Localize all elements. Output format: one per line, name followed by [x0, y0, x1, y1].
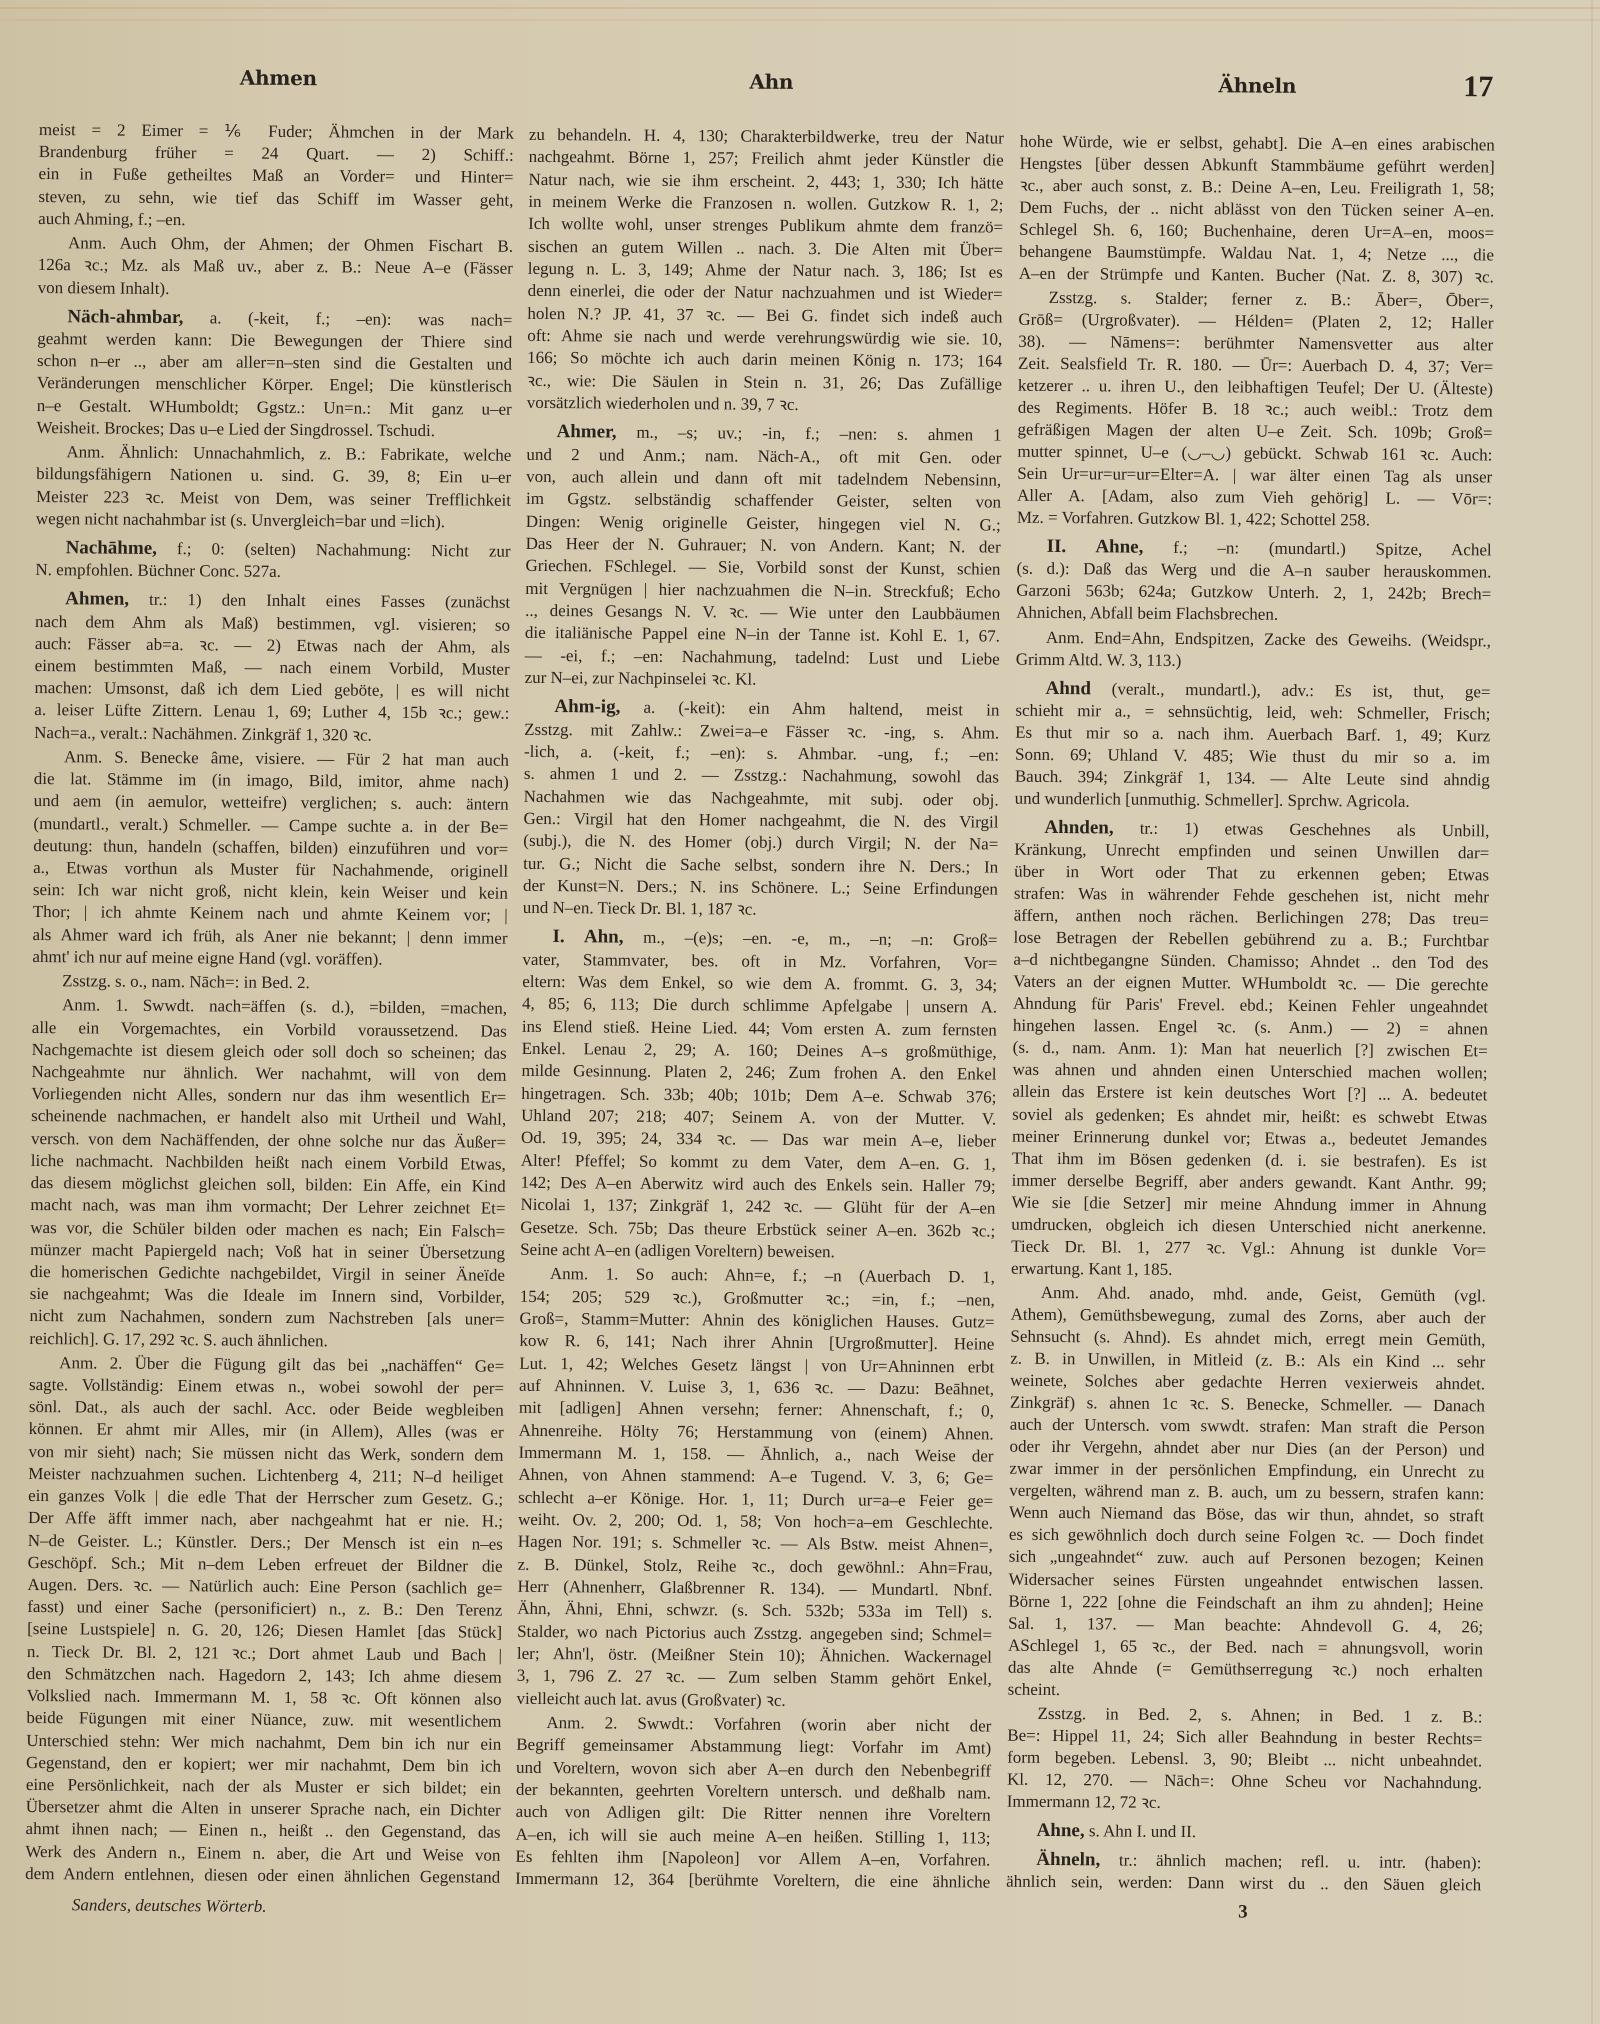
line-text: vater, Stammvater, bes. oft in Mz. Vorfa…	[522, 950, 997, 973]
line-text: erwartung. Kant 1, 185.	[1011, 1259, 1173, 1279]
text-line: Mz. = Vorfahren. Gutzkow Bl. 1, 422; Sch…	[1017, 507, 1492, 533]
text-line: und aem (in aemulor, wetteifre) verglich…	[34, 790, 509, 816]
line-text: Seine acht A–en (adligen Voreltern) bewe…	[520, 1240, 835, 1261]
line-text: Anm. 1. So auch: Ahn=e, f.; –n (Auerbach…	[550, 1264, 995, 1286]
line-text: Nachahmen wie das Nachgeahmte, mit subj.…	[524, 786, 999, 809]
line-text: ꝛc., wie: Die Säulen in Stein n. 31, 26;…	[527, 370, 1002, 393]
running-header: Ahmen Ahn Ähneln 17	[8, 0, 1600, 6]
line-text: und wunderlich [unmuthig. Schmeller]. Sp…	[1015, 789, 1410, 811]
text-line: meiner Erinnerung dunkel vor; Etwas a., …	[1012, 1125, 1487, 1151]
line-text: macht nach, was man ihm vormacht; Der Le…	[30, 1195, 505, 1218]
line-text: Immermann M. 1, 158. — Āhnlich, a., nach…	[518, 1443, 993, 1466]
text-line: ähnlich sein, werden: Dann wirst du .. d…	[1006, 1871, 1481, 1897]
text-line: 166; So möchte ich auch darin meinen Kön…	[527, 347, 1002, 373]
text-line: soviel als gedenken; Es ahndet mir, heiß…	[1012, 1103, 1487, 1129]
line-text: N–de Geister. L.; Künstler. Ders.; Der M…	[28, 1531, 503, 1554]
line-text: kow R. 6, 141; Nach ihrer Ahnin [Urgroßm…	[519, 1331, 994, 1354]
line-text: Zeit. Sealsfield Tr. R. 180. — Ūr=: Auer…	[1018, 354, 1493, 377]
line-text: a. (-keit): ein Ahm haltend, meist in	[620, 698, 999, 720]
line-text: Bauch. 394; Zinkgräf 1, 134. — Alte Leut…	[1015, 766, 1490, 789]
line-text: was vor, die Schüler bilden oder machen …	[30, 1217, 505, 1240]
line-text: Tieck Dr. Bl. 1, 277 ꝛc. Vgl.: Ahnung is…	[1011, 1236, 1486, 1259]
line-text: ketzerer .. u. ihren U., den leibhaftige…	[1018, 376, 1493, 399]
line-text: n. Tieck Dr. Bl. 2, 121 ꝛc.; Dort ahmet …	[27, 1642, 502, 1665]
line-text: Gesetze. Sch. 75b; Das theure Erbstück s…	[520, 1218, 995, 1241]
line-text: nachgeahmt. Börne 1, 257; Freilich ahmt …	[529, 147, 1004, 170]
line-text: äffern, anthen noch rächen. Berlichingen…	[1014, 906, 1489, 929]
entry-line: Ahne, s. Ahn I. und II.	[1006, 1820, 1481, 1846]
text-line: vielleicht auch lat. avus (Großvater) ꝛc…	[517, 1687, 992, 1713]
line-text: tr.: 1) etwas Geschehnes als Unbill,	[1114, 818, 1490, 840]
line-text: Lut. 1, 42; Welches Gesetz längst | von …	[519, 1354, 994, 1377]
entry-line: Ahmer, m., –s; uv.; -in, f.; –nen: s. ah…	[526, 421, 1001, 447]
guide-word-left: Ahmen	[240, 65, 317, 92]
line-text: m., –(e)s; –en. -e, m., –n; –n: Groß=	[623, 928, 997, 950]
text-line: Widersacher seines Fürsten ungeahndet en…	[1008, 1568, 1483, 1594]
line-text: der bekannten, geehrten Voreltern unters…	[516, 1780, 991, 1803]
line-text: soviel als gedenken; Es ahndet mir, heiß…	[1012, 1104, 1487, 1127]
line-text: Uhland 207; 218; 407; Seinem A. von der …	[521, 1106, 996, 1129]
line-text: dem Andern entlehnen, diesen oder einen …	[25, 1864, 500, 1887]
line-text: Veränderungen menschlicher Körper. Engel…	[37, 373, 512, 396]
line-text: 154; 205; 529 ꝛc.), Großmutter ꝛc.; =in,…	[520, 1287, 995, 1310]
line-text: Ich wollte wohl, unser strenges Publikum…	[528, 214, 1003, 237]
line-text: sie nachgeahmt; Was die Ideale im Innern…	[30, 1284, 505, 1307]
line-text: im Ggstz. selbständig schaffender Geiste…	[526, 489, 1001, 512]
line-text: Anm. Auch Ohm, der Ahmen; der Ohmen Fisc…	[68, 233, 513, 255]
line-text: Meister 223 ꝛc. Meist von Dem, was seine…	[36, 486, 511, 509]
text-line: reichlich]. G. 17, 292 ꝛc. S. auch ähnli…	[29, 1328, 504, 1354]
guide-word-right: Ähneln	[1218, 72, 1296, 99]
line-text: allein das Erstere ist kein deutsches Wo…	[1012, 1082, 1487, 1105]
line-text: .., deines Gesangs N. V. ꝛc. — Wie unter…	[525, 601, 1000, 624]
entry-line: Ahmen, tr.: 1) den Inhalt eines Fasses (…	[35, 588, 510, 614]
line-text: mit [adligen] Ahnen versehn; ferner: Ahn…	[519, 1398, 994, 1421]
line-text: Kränkung, Unrecht empfinden und seinen U…	[1014, 840, 1489, 863]
text-line: Börne 1, 222 [ohne die Feindschaft an ih…	[1008, 1590, 1483, 1616]
line-text: steven, zu sehn, wie tief das Schiff im …	[38, 187, 513, 210]
line-text: ahmt ihnen nach; — Einen n., heißt .. de…	[25, 1819, 500, 1842]
line-text: Weisheit. Brockes; Das u–e Lied der Sing…	[36, 418, 435, 440]
headword: Nachāhme,	[66, 537, 157, 559]
line-text: Nachgemachte ist diesem gleich oder soll…	[32, 1040, 507, 1063]
text-line: und wunderlich [unmuthig. Schmeller]. Sp…	[1015, 788, 1490, 814]
line-text: Begriff gemeinsamer Abstammung liegt: Vo…	[516, 1735, 991, 1758]
line-text: Es fehlten ihm [Napoleon] vor Allem A–en…	[515, 1847, 990, 1870]
line-text: Alter! Pfeffel; So kommt zu dem Vater, d…	[521, 1151, 996, 1174]
line-text: Dem Fuchs, der .. nicht ablässt von den …	[1019, 197, 1494, 220]
line-text: (subj.), die N. des Homer (obj.) durch V…	[523, 831, 998, 854]
line-text: den Schmätzchen nach. Hagedorn 2, 143; I…	[27, 1664, 502, 1687]
headword: I. Ahn,	[552, 927, 623, 949]
line-text: — -ei, f.; –en: Nachahmung, tadelnd: Lus…	[525, 645, 1000, 668]
line-text: 4, 85; 6, 113; Die durch schlimme Apfelg…	[522, 994, 997, 1017]
line-text: auch Ahming, f.; –en.	[38, 209, 185, 229]
line-text: Garzoni 563b; 624a; Gutzkow Unterh. 2, 1…	[1016, 581, 1491, 604]
text-line: mit [adligen] Ahnen versehn; ferner: Ahn…	[519, 1397, 994, 1423]
text-line: wegen nicht nachahmbar ist (s. Unverglei…	[36, 508, 511, 534]
line-text: Gen.: Virgil hat den Homer nachgeahmt, d…	[523, 809, 998, 832]
text-line: die italiänische Pappel eine N–in der Ta…	[525, 622, 1000, 648]
line-text: sich „ungeahndet“ zuw. auch auf Personen…	[1009, 1547, 1484, 1570]
text-line: kow R. 6, 141; Nach ihrer Ahnin [Urgroßm…	[519, 1330, 994, 1356]
line-text: Wie sie [die Setzer] mir meine Ahndung i…	[1011, 1192, 1486, 1215]
text-line: 3, 1, 796 Z. 27 ꝛc. — Zum selben Stamm g…	[517, 1665, 992, 1691]
text-line: ahmt' ich nur auf meine eigne Hand (vgl.…	[32, 946, 507, 972]
line-text: auch von Adligen gilt: Die Ritter nennen…	[516, 1802, 991, 1825]
line-text: ähnlich sein, werden: Dann wirst du .. d…	[1006, 1872, 1481, 1895]
text-line: Begriff gemeinsamer Abstammung liegt: Vo…	[516, 1734, 991, 1760]
text-line: Ahnichen, Abfall beim Flachsbrechen.	[1016, 602, 1491, 628]
text-line: von diesem Inhalt).	[38, 277, 513, 303]
line-text: Sehnsucht (s. Ahnd). Es ahndet mich, err…	[1010, 1327, 1485, 1350]
line-text: Ahnen, von Ahnen stammend: A–e Tugend. V…	[518, 1465, 993, 1488]
line-text: sagte. Vollständig: Einem etwas n., wobe…	[29, 1375, 504, 1398]
line-text: umdrucken, obgleich ich diesen Unterschi…	[1011, 1214, 1486, 1237]
line-text: Stalder, wo nach Pictorius auch Zsstzg. …	[517, 1621, 992, 1644]
line-text: hohe Würde, wie er selbst, gehabt]. Die …	[1020, 131, 1495, 154]
line-text: sönl. Dat., als auch der sachl. Acc. ode…	[29, 1397, 504, 1420]
line-text: von, auch allein und dann oft mit tadeln…	[526, 467, 1001, 490]
line-text: Volkslied nach. Immermann M. 1, 58 ꝛc. O…	[27, 1686, 502, 1709]
text-line: vorsätzlich wiederholen und n. 39, 7 ꝛc.	[527, 392, 1002, 418]
line-text: s. ahmen 1 und 2. — Zsstzg.: Nachahmung,…	[524, 764, 999, 787]
line-text: schlecht a–er Könige. Hor. 1, 11; Durch …	[518, 1487, 993, 1510]
line-text: können. Er ahmt mir Alles, mir (in Allem…	[29, 1419, 504, 1442]
line-text: Sonn. 69; Uhland V. 485; Wie thust du mi…	[1015, 744, 1490, 767]
line-text: Wenn auch Niemand das Böse, das wir thun…	[1009, 1503, 1484, 1526]
line-text: ein in Fuße getheiltes Maß an Vorder= un…	[38, 164, 513, 187]
line-text: a., Etwas vorthun als Muster für Nachahm…	[33, 858, 508, 881]
line-text: von mir sieht) nach; Sie müssen nicht da…	[28, 1442, 503, 1465]
text-line: [seine Lustspiele] n. G. 20, 126; Diesen…	[27, 1618, 502, 1644]
line-text: Börne 1, 222 [ohne die Feindschaft an ih…	[1008, 1591, 1483, 1614]
line-text: 126a ꝛc.; Mz. als Maß uv., aber z. B.: N…	[38, 255, 513, 278]
line-text: m., –s; uv.; -in, f.; –nen: s. ahmen 1	[616, 423, 1001, 445]
page-footer: Sanders, deutsches Wörterb. 3	[8, 0, 1600, 6]
line-text: in meinem Werke die Franzosen n. wollen.…	[528, 192, 1003, 215]
line-text: geahmt werden kann: Die Bewegungen der T…	[37, 329, 512, 352]
line-text: Nicolai 1, 137; Zinkgräf 1, 242 ꝛc. — Gl…	[520, 1195, 995, 1218]
line-text: zwar immer in der persönlichen Empfindun…	[1009, 1459, 1484, 1482]
line-text: Unterschied stehn: Wer mich nachahmt, De…	[26, 1730, 501, 1753]
line-text: Übersetzer ahmt die Alten in unserer Spr…	[26, 1797, 501, 1820]
line-text: strafen: Was in währender Fehde geschehe…	[1014, 884, 1489, 907]
text-line: Dem Fuchs, der .. nicht ablässt von den …	[1019, 196, 1494, 222]
line-text: gefräßigen Magen der alten U–e Zeit. Sch…	[1018, 420, 1493, 443]
line-text: f.; –n: (mundartl.) Spitze, Achel	[1143, 538, 1491, 560]
line-text: (s. d., nam. Anm. 1): Man hat neuerlich …	[1013, 1038, 1488, 1061]
line-text: Sein Ur=ur=ur=ur=Elter=A. | war älter ei…	[1017, 464, 1492, 487]
line-text: tr.: ähnlich machen; refl. u. intr. (hab…	[1100, 1850, 1481, 1872]
line-text: behangene Baumstümpfe. Waldau Nat. 1, 4;…	[1019, 241, 1494, 264]
text-line: (subj.), die N. des Homer (obj.) durch V…	[523, 830, 998, 856]
text-line: 126a ꝛc.; Mz. als Maß uv., aber z. B.: N…	[38, 254, 513, 280]
text-line: ein in Fuße getheiltes Maß an Vorder= un…	[38, 163, 513, 189]
line-text: Enkel. Lenau 2, 29; A. 160; Deines A–s g…	[522, 1039, 997, 1062]
line-text: Be=: Hippel 11, 24; Sich aller Beahndung…	[1007, 1725, 1482, 1748]
line-text: z. B. in Unwillen, in Mitleid (z. B.: Al…	[1010, 1349, 1485, 1372]
line-text: nicht zum Nachahmen, sondern zum Nachstr…	[30, 1306, 505, 1329]
page-number: 17	[1463, 71, 1493, 103]
line-text: Nach=a., veralt.: Nachähmen. Zinkgräf 1,…	[34, 723, 372, 745]
line-text: Anm. Ähnlich: Unnachahmlich, z. B.: Fabr…	[66, 442, 511, 464]
line-text: die italiänische Pappel eine N–in der Ta…	[525, 623, 1000, 646]
headword: II. Ahne,	[1047, 536, 1144, 558]
text-line: im Ggstz. selbständig schaffender Geiste…	[526, 488, 1001, 514]
text-line: zur N–ei, zur Nachpinselei ꝛc. Kl.	[525, 667, 1000, 693]
line-text: Anm. End=Ahn, Endspitzen, Zacke des Gewe…	[1046, 627, 1491, 649]
text-line: und N–en. Tieck Dr. Bl. 1, 187 ꝛc.	[523, 897, 998, 923]
line-text: was ahnen und ahnden einen Unterschied m…	[1012, 1060, 1487, 1083]
text-line: Griechen. FSchlegel. — Sie, Vorbild sons…	[525, 555, 1000, 581]
line-text: Meister nachzuahmen suchen. Lichtenberg …	[28, 1464, 503, 1487]
line-text: Schlegel Sh. 6, 160; Buchenhaine, deren …	[1019, 219, 1494, 242]
text-column-1: meist = 2 Eimer = ⅙ Fuder; Ähmchen in de…	[25, 119, 514, 1889]
line-text: oder ihr Vergehn, ahndet aber nur Dies (…	[1010, 1437, 1485, 1460]
line-text: ahmt' ich nur auf meine eigne Hand (vgl.…	[32, 947, 382, 969]
line-text: hingetragen. Sch. 33b; 40b; 101b; Dem A–…	[521, 1084, 996, 1107]
line-text: sischen an gutem Willen .. nach. 3. Die …	[528, 236, 1003, 259]
line-text: Dingen: Wenig originelle Geister, hingeg…	[526, 511, 1001, 534]
line-text: a. leiser Lüfte Zittern. Lenau 1, 69; Lu…	[34, 700, 509, 723]
line-text: Gegenstand, den er kopiert; wer mir nach…	[26, 1753, 501, 1776]
line-text: Zinkgräf) s. ahnen 1c ꝛc. S. Benecke, Sc…	[1010, 1393, 1485, 1416]
line-text: Groß=, Stamm=Mutter: Ahnin des königlich…	[520, 1309, 995, 1332]
text-line: Grimm Altd. W. 3, 113.)	[1016, 648, 1491, 674]
text-column-2: zu behandeln. H. 4, 130; Charakterbildwe…	[515, 124, 1004, 1894]
text-line: auch Ahming, f.; –en.	[38, 208, 513, 234]
headword: Näch-ahmbar,	[67, 306, 183, 328]
signature-mark: 3	[1238, 1900, 1248, 1924]
text-line: nicht zum Nachahmen, sondern zum Nachstr…	[29, 1305, 504, 1331]
line-text: die lat. Stämme im (in imago, Bild, imit…	[34, 769, 509, 792]
line-text: 3, 1, 796 Z. 27 ꝛc. — Zum selben Stamm g…	[517, 1666, 992, 1689]
text-line: A–en der Strümpfe und Kanten. Bucher (Na…	[1019, 262, 1494, 288]
line-text: ꝛc., aber auch sonst, z. B.: Deine A–en,…	[1019, 175, 1494, 198]
line-text: zur N–ei, zur Nachpinselei ꝛc. Kl.	[525, 668, 757, 689]
line-text: Augen. Ders. ꝛc. — Natürlich auch: Eine …	[27, 1575, 502, 1598]
line-text: s. Ahn I. und II.	[1085, 1821, 1197, 1841]
line-text: Geschöpf. Sch.; Mit n–dem Leben erfreuet…	[28, 1553, 503, 1576]
text-line: Der Affe äfft immer nach, aber nachgeahm…	[28, 1507, 503, 1533]
line-text: Kl. 12, 270. — Nāch=: Ohne Scheu vor Nac…	[1007, 1770, 1482, 1793]
line-text: alle ein Vorgemachtes, ein Vorbild vorau…	[32, 1017, 507, 1040]
entry-line: Ahnd (veralt., mundartl.), adv.: Es ist,…	[1015, 677, 1490, 703]
line-text: meiner Erinnerung dunkel vor; Etwas a., …	[1012, 1126, 1487, 1149]
line-text: als Ahmer ward ich früh, als Aner nie be…	[33, 925, 508, 948]
line-text: Anm. 1. Swwdt. nach=äffen (s. d.), =bild…	[62, 996, 507, 1018]
line-text: Aller A. [Adam, also zum Vieh gehörig] L…	[1017, 486, 1492, 509]
text-line: hohe Würde, wie er selbst, gehabt]. Die …	[1020, 130, 1495, 156]
text-line: scheint.	[1008, 1678, 1483, 1704]
line-text: (mundartl., veralt.) Schmeller. — Campe …	[33, 814, 508, 837]
line-text: Herr (Ahnenherr, Glaßbrenner R. 134). — …	[517, 1577, 992, 1600]
line-text: immer derselbe Begriff, aber anders gewa…	[1012, 1170, 1487, 1193]
dictionary-page: Ahmen Ahn Ähneln 17 meist = 2 Eimer = ⅙ …	[0, 0, 1600, 2024]
line-text: form begeben. Lebensl. 3, 90; Bleibt ...…	[1007, 1748, 1482, 1771]
line-text: und Voreltern, wovon sich aber A–en durc…	[516, 1757, 991, 1780]
text-line: Thor; | ich ahmte Keinem nach und ahmte …	[33, 901, 508, 927]
line-text: die homerischen Gedichte nachgebildet, V…	[30, 1262, 505, 1285]
line-text: Ahndung für Paris' Frevel. ebd.; Keinen …	[1013, 994, 1488, 1017]
line-text: meist = 2 Eimer = ⅙ Fuder; Ähmchen in de…	[39, 120, 514, 143]
line-text: eine Persönlichkeit, nach der als Muster…	[26, 1775, 501, 1798]
text-line: Weisheit. Brockes; Das u–e Lied der Sing…	[36, 417, 511, 443]
line-text: 166; So möchte ich auch darin meinen Kön…	[527, 348, 1002, 371]
text-line: allein das Erstere ist kein deutsches Wo…	[1012, 1081, 1487, 1107]
text-line: Anm. 1. Swwdt. nach=äffen (s. d.), =bild…	[32, 994, 507, 1020]
text-line: Sal. 1, 137. — Man beachte: Ahndevoll G.…	[1008, 1612, 1483, 1638]
line-text: hingehen lassen. Engel ꝛc. (s. Anm.) — 2…	[1013, 1016, 1488, 1039]
guide-word-center: Ahn	[749, 69, 793, 95]
line-text: das diesem möglichst gleichen soll, bild…	[31, 1173, 506, 1196]
line-text: weinete, Solches aber gedachte Herren ve…	[1010, 1371, 1485, 1394]
line-text: Widersacher seines Fürsten ungeahndet en…	[1008, 1569, 1483, 1592]
line-text: fasst) und einer Sache (personificiert) …	[27, 1597, 502, 1620]
line-text: Hagen Nor. 191; s. Schmeller ꝛc. — Als B…	[518, 1532, 993, 1555]
line-text: Zsstzg. in Bed. 2, s. Ahnen; in Bed. 1 z…	[1037, 1704, 1482, 1726]
headword: Ahnden,	[1044, 817, 1113, 839]
line-text: legung n. L. 3, 149; Ahme der Natur nach…	[528, 259, 1003, 282]
line-text: milde Gesinnung. Platen 2, 246; Zum froh…	[521, 1061, 996, 1084]
line-text: deutung: thun, handeln (schaffen, bilden…	[33, 836, 508, 859]
entry-line: Ahm-ig, a. (-keit): ein Ahm haltend, mei…	[524, 696, 999, 722]
text-line: Hagen Nor. 191; s. Schmeller ꝛc. — Als B…	[518, 1531, 993, 1557]
line-text: Od. 19, 395; 24, 334 ꝛc. — Das war mein …	[521, 1128, 996, 1151]
line-text: liche nachmacht. Nachbilden heißt nach e…	[31, 1151, 506, 1174]
text-line: beide Fügungen mit einer Nüance, zuw. mi…	[26, 1707, 501, 1733]
line-text: tr.: 1) den Inhalt eines Fasses (zunächs…	[129, 590, 510, 612]
headword: Ähneln,	[1036, 1849, 1100, 1871]
line-text: sein: Ich war nicht groß, nicht klein, k…	[33, 880, 508, 903]
line-text: tur. G.; Nicht die Sache selbst, sondern…	[523, 853, 998, 876]
text-line: s. ahmen 1 und 2. — Zsstzg.: Nachahmung,…	[524, 763, 999, 789]
line-text: That ihm im Bösen gedenken (d. i. sie be…	[1012, 1148, 1487, 1171]
line-text: Ahnenreihe. Hölty 76; Herstammung von (e…	[519, 1421, 994, 1444]
line-text: versch. von dem Nachäffenden, der ohne s…	[31, 1129, 506, 1152]
line-text: Zsstzg. s. o., nam. Nāch=: in Bed. 2.	[62, 971, 310, 992]
line-text: ins Elend stieß. Heine Lied. 44; Vom ers…	[522, 1017, 997, 1040]
headword: Ahmen,	[65, 589, 129, 611]
headword: Ahmer,	[556, 421, 616, 442]
line-text: eltern: Was dem Enkel, so wie dem A. fro…	[522, 972, 997, 995]
line-text: a. (-keit, f.; –en): was nach=	[183, 308, 512, 330]
text-line: Veränderungen menschlicher Körper. Engel…	[37, 372, 512, 398]
line-text: über in Wort oder That zu erkennen geben…	[1014, 862, 1489, 885]
text-line: That ihm im Bösen gedenken (d. i. sie be…	[1012, 1147, 1487, 1173]
line-text: Natur nach, wie sie ihm erscheint. 2, 44…	[528, 169, 1003, 192]
line-text: (veralt., mundartl.), adv.: Es ist, thut…	[1091, 679, 1491, 701]
line-text: bildungsfähigern Nationen u. sind. G. 39…	[36, 464, 511, 487]
text-line: auch von Adligen gilt: Die Ritter nennen…	[516, 1801, 991, 1827]
line-text: reichlich]. G. 17, 292 ꝛc. S. auch ähnli…	[29, 1329, 328, 1350]
line-text: es sich gewöhnlich doch durch seine Folg…	[1009, 1525, 1484, 1548]
text-column-3: hohe Würde, wie er selbst, gehabt]. Die …	[1006, 130, 1495, 1896]
text-line: Ich wollte wohl, unser strenges Publikum…	[528, 213, 1003, 239]
text-line: ꝛc., aber auch sonst, z. B.: Deine A–en,…	[1019, 174, 1494, 200]
line-text: münzer macht Papiergeld nach; Voß hat in…	[30, 1240, 505, 1263]
text-line: dem Andern entlehnen, diesen oder einen …	[25, 1863, 500, 1889]
text-line: Ähn, Ähni, Ehni, schwzr. (s. Sch. 532b; …	[517, 1598, 992, 1624]
line-text: holen N.? JP. 41, 37 ꝛc. — Bei G. findet…	[527, 303, 1002, 326]
line-text: Ähn, Ähni, Ehni, schwzr. (s. Sch. 532b; …	[517, 1599, 992, 1622]
line-text: und aem (in aemulor, wetteifre) verglich…	[34, 791, 509, 814]
text-line: das alte Ahnde (= Gemüthserregung ꝛc.) n…	[1008, 1656, 1483, 1682]
page-content: Ahmen Ahn Ähneln 17 meist = 2 Eimer = ⅙ …	[0, 0, 1600, 2024]
line-text: (s. d.): Daß das Werg und die A–n sauber…	[1016, 559, 1491, 582]
line-text: machen: Umsonst, daß ich dem Lied geböte…	[34, 678, 509, 701]
line-text: und 2 und Anm.; nam. Näch-A., oft mit Ge…	[526, 444, 1001, 467]
line-text: scheinende nachmachen, er handelt also m…	[31, 1106, 506, 1129]
line-text: von diesem Inhalt).	[38, 278, 170, 298]
text-line: Seine acht A–en (adligen Voreltern) bewe…	[520, 1239, 995, 1265]
line-text: 142; Des A–en Aberwitz wird auch des Enk…	[521, 1173, 996, 1196]
headword: Ahnd	[1045, 678, 1091, 699]
line-text: mutter spinnet, U–e (◡–◡) gebückt. Schwa…	[1017, 442, 1492, 465]
line-text: Grōß= (Urgroßvater). — Hélden= (Platen 2…	[1018, 310, 1493, 333]
line-text: Vorliegenden nicht Alles, sondern nur da…	[31, 1084, 506, 1107]
text-line: können. Er ahmt mir Alles, mir (in Allem…	[29, 1418, 504, 1444]
text-line: N. empfohlen. Büchner Conc. 527a.	[35, 559, 510, 585]
line-text: vorsätzlich wiederholen und n. 39, 7 ꝛc.	[527, 393, 799, 414]
line-text: oft: Ahme sie nach und werde verehrungsw…	[527, 326, 1002, 349]
line-text: des Regiments. Höfer B. 18 ꝛc.; auch wei…	[1018, 398, 1493, 421]
line-text: Anm. S. Benecke âme, visiere. — Für 2 ha…	[64, 747, 509, 769]
line-text: A–en, ich will sie auch meine A–en heiße…	[515, 1824, 990, 1847]
signature-title: Sanders, deutsches Wörterb.	[72, 1893, 267, 1919]
line-text: n–e Gestalt. WHumboldt; Ggstz.: Un=n.: M…	[37, 396, 512, 419]
line-text: Ahnichen, Abfall beim Flachsbrechen.	[1016, 603, 1278, 624]
line-text: schon n–er .., aber am aller=n–sten sind…	[37, 351, 512, 374]
line-text: Immermann 12, 364 [berühmte Voreltern, d…	[515, 1869, 990, 1892]
line-text: wegen nicht nachahmbar ist (s. Unverglei…	[36, 509, 445, 531]
line-text: nach dem Ahm als Maß) bestimmen, vgl. vi…	[35, 612, 510, 635]
line-text: mit Vergnügen | hier nachzuahmen die N–i…	[525, 578, 1000, 601]
text-line: nachgeahmt. Börne 1, 257; Freilich ahmt …	[529, 146, 1004, 172]
line-text: Hengstes [über dessen Abkunft Stammbäume…	[1020, 153, 1495, 176]
line-text: N. empfohlen. Büchner Conc. 527a.	[35, 560, 281, 581]
line-text: a–d nichtbegangne Sünden. Chamisso; Ahnd…	[1013, 950, 1488, 973]
line-text: Griechen. FSchlegel. — Sie, Vorbild sons…	[525, 556, 1000, 579]
line-text: 38). — Nāmens=: berühmter Namensvetter a…	[1018, 332, 1493, 355]
line-text: Thor; | ich ahmte Keinem nach und ahmte …	[33, 902, 508, 925]
line-text: [seine Lustspiele] n. G. 20, 126; Diesen…	[27, 1619, 502, 1642]
line-text: beide Fügungen mit einer Nüance, zuw. mi…	[26, 1708, 501, 1731]
line-text: scheint.	[1008, 1679, 1061, 1698]
line-text: vergelten, während man z. B. auch, um zu…	[1009, 1481, 1484, 1504]
line-text: das alte Ahnde (= Gemüthserregung ꝛc.) n…	[1008, 1657, 1483, 1680]
line-text: Immermann 12, 72 ꝛc.	[1007, 1792, 1161, 1812]
text-line: Nach=a., veralt.: Nachähmen. Zinkgräf 1,…	[34, 722, 509, 748]
line-text: Brandenburg früher = 24 Quart. — 2) Schi…	[39, 142, 514, 165]
line-text: Anm. 2. Über die Fügung gilt das bei „na…	[59, 1353, 504, 1375]
text-line: sich „ungeahndet“ zuw. auch auf Personen…	[1009, 1546, 1484, 1572]
line-text: f.; 0: (selten) Nachahmung: Nicht zur	[157, 539, 511, 561]
line-text: Es thut mir so a. nach ihm. Auerbach Bar…	[1015, 722, 1490, 745]
line-text: Sal. 1, 137. — Man beachte: Ahndevoll G.…	[1008, 1613, 1483, 1636]
text-line: ahmt ihnen nach; — Einen n., heißt .. de…	[25, 1818, 500, 1844]
line-text: zu behandeln. H. 4, 130; Charakterbildwe…	[529, 125, 1004, 148]
line-text: Mz. = Vorfahren. Gutzkow Bl. 1, 422; Sch…	[1017, 508, 1370, 530]
text-line: denn einerlei, die oder der Natur nachzu…	[528, 280, 1003, 306]
line-text: A–en der Strümpfe und Kanten. Bucher (Na…	[1019, 263, 1494, 286]
line-text: auf Ahninnen. V. Luise 3, 1, 636 ꝛc. — D…	[519, 1376, 994, 1399]
text-line: a. leiser Lüfte Zittern. Lenau 1, 69; Lu…	[34, 699, 509, 725]
headword: Ahm-ig,	[554, 696, 620, 718]
text-line: scheinende nachmachen, er handelt also m…	[31, 1105, 506, 1131]
text-line: erwartung. Kant 1, 185.	[1011, 1258, 1486, 1284]
